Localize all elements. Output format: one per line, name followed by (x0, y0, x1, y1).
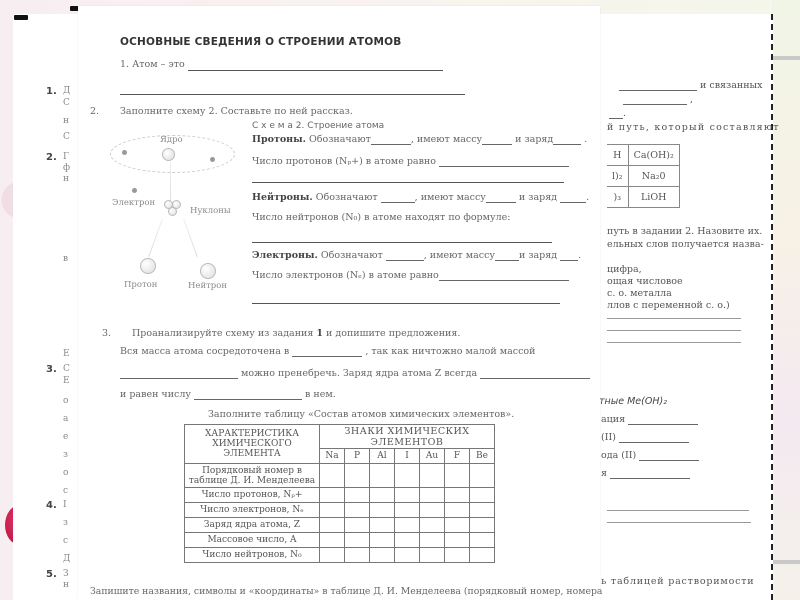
neutron-label: Нейтрон (188, 281, 227, 291)
table-row: Число электронов, Nₑ (185, 503, 495, 518)
table-row: Массовое число, A (185, 533, 495, 548)
task-3-line-3: и равен числу в нем. (120, 389, 336, 400)
back-task-number: 4. (46, 500, 57, 511)
element-symbol-header: I (395, 449, 420, 464)
element-symbol-header: Al (370, 449, 395, 464)
neutrons-charge-blank[interactable] (560, 202, 586, 203)
answer-cell[interactable] (320, 518, 345, 533)
answer-cell[interactable] (420, 548, 445, 563)
answer-cell[interactable] (420, 464, 445, 488)
electron-dot-icon (122, 150, 127, 155)
task-3-blank-2[interactable] (120, 378, 238, 379)
back-task-number: 3. (46, 364, 57, 375)
row-label: Порядковый номер в таблице Д. И. Менделе… (185, 464, 320, 488)
answer-cell[interactable] (395, 533, 420, 548)
answer-cell[interactable] (370, 503, 395, 518)
electrons-mass-blank[interactable] (495, 260, 519, 261)
task-3-number: 3. (102, 328, 111, 339)
row-label: Число протонов, Nₚ+ (185, 488, 320, 503)
answer-cell[interactable] (470, 503, 495, 518)
answer-cell[interactable] (470, 518, 495, 533)
answer-cell[interactable] (370, 548, 395, 563)
electrons-charge-blank[interactable] (560, 260, 578, 261)
atom-diagram: Ядро Электрон Нуклоны Протон Нейтрон (100, 120, 250, 300)
answer-cell[interactable] (345, 533, 370, 548)
task-3-intro: Проанализируйте схему из задания 1 и доп… (132, 328, 460, 339)
nucleons-label: Нуклоны (190, 206, 231, 216)
element-symbol-header: P (345, 449, 370, 464)
task-3-blank-1[interactable] (292, 356, 362, 357)
footer-instruction: Запишите названия, символы и «координаты… (90, 586, 602, 597)
electrons-symbol-blank[interactable] (386, 260, 424, 261)
answer-cell[interactable] (345, 488, 370, 503)
neutrons-formula-answer-line[interactable] (252, 242, 552, 243)
electrons-count-line: Число электронов (Nₑ) в атоме равно (252, 270, 569, 281)
task-3-line-1: Вся масса атома сосредоточена в , так ка… (120, 346, 535, 357)
answer-cell[interactable] (370, 464, 395, 488)
answer-cell[interactable] (370, 533, 395, 548)
corner-marker (14, 15, 28, 20)
task-1-answer-line-1[interactable] (188, 70, 443, 71)
electrons-line: Электроны. Обозначают , имеют массуи зар… (252, 250, 581, 261)
scheme-caption: С х е м а 2. Строение атома (252, 121, 384, 131)
row-label: Число нейтронов, N₀ (185, 548, 320, 563)
task-3-blank-4[interactable] (194, 399, 302, 400)
answer-cell[interactable] (445, 464, 470, 488)
answer-cell[interactable] (345, 464, 370, 488)
answer-cell[interactable] (320, 464, 345, 488)
answer-cell[interactable] (445, 518, 470, 533)
protons-symbol-blank[interactable] (371, 144, 411, 145)
row-label: Заряд ядра атома, Z (185, 518, 320, 533)
answer-cell[interactable] (345, 548, 370, 563)
back-page-right-strip: и связанных , . й путь, который составля… (595, 14, 771, 600)
row-label: Число электронов, Nₑ (185, 503, 320, 518)
answer-cell[interactable] (320, 533, 345, 548)
protons-answer-line[interactable] (252, 182, 564, 183)
task-1-answer-line-2[interactable] (120, 94, 465, 95)
element-symbol-header: Au (420, 449, 445, 464)
answer-cell[interactable] (420, 503, 445, 518)
table-row: Порядковый номер в таблице Д. И. Менделе… (185, 464, 495, 488)
back-task-number: 1. (46, 86, 57, 97)
answer-cell[interactable] (395, 518, 420, 533)
answer-cell[interactable] (320, 548, 345, 563)
electron-label: Электрон (112, 198, 155, 208)
answer-cell[interactable] (395, 503, 420, 518)
answer-cell[interactable] (395, 488, 420, 503)
electrons-answer-line[interactable] (252, 303, 560, 304)
task-1-label: 1. Атом – это (120, 59, 185, 70)
neutron-icon (200, 263, 216, 279)
nucleon-icon (168, 207, 177, 216)
nucleus-label: Ядро (160, 135, 183, 145)
electron-dot-icon (210, 157, 215, 162)
proton-icon (140, 258, 156, 274)
table-row-header: ХАРАКТЕРИСТИКА ХИМИЧЕСКОГО ЭЛЕМЕНТА (185, 425, 320, 464)
answer-cell[interactable] (445, 533, 470, 548)
answer-cell[interactable] (420, 533, 445, 548)
table-row: Заряд ядра атома, Z (185, 518, 495, 533)
protons-count-blank[interactable] (439, 166, 569, 167)
protons-mass-blank[interactable] (482, 144, 512, 145)
back-task-number: 2. (46, 152, 57, 163)
back-mini-table: HCa(OH)₂ l)₂Na₂0 )₃LiOH (607, 144, 680, 208)
table-row: Число нейтронов, N₀ (185, 548, 495, 563)
row-label: Массовое число, A (185, 533, 320, 548)
task-2-text: Заполните схему 2. Составьте по ней расс… (120, 106, 353, 117)
neutrons-formula-line: Число нейтронов (N₀) в атоме находят по … (252, 212, 510, 223)
page-title: ОСНОВНЫЕ СВЕДЕНИЯ О СТРОЕНИИ АТОМОВ (120, 36, 401, 48)
answer-cell[interactable] (420, 518, 445, 533)
table-caption: Заполните таблицу «Состав атомов химичес… (208, 409, 514, 420)
neutrons-symbol-blank[interactable] (381, 202, 415, 203)
answer-cell[interactable] (320, 488, 345, 503)
answer-cell[interactable] (395, 548, 420, 563)
worksheet-page: ОСНОВНЫЕ СВЕДЕНИЯ О СТРОЕНИИ АТОМОВ 1. А… (78, 6, 600, 600)
element-symbol-header: Be (470, 449, 495, 464)
neutrons-line: Нейтроны. Обозначают , имеют массу и зар… (252, 192, 589, 203)
protons-charge-blank[interactable] (553, 144, 581, 145)
electron-dot-icon (132, 188, 137, 193)
protons-count-line: Число протонов (Nₚ+) в атоме равно (252, 156, 569, 167)
element-symbol-header: F (445, 449, 470, 464)
answer-cell[interactable] (370, 518, 395, 533)
proton-label: Протон (124, 280, 157, 290)
table-group-header: ЗНАКИ ХИМИЧЕСКИХ ЭЛЕМЕНТОВ (320, 425, 495, 449)
answer-cell[interactable] (470, 533, 495, 548)
back-task-number: 5. (46, 569, 57, 580)
answer-cell[interactable] (395, 464, 420, 488)
answer-cell[interactable] (420, 488, 445, 503)
back-text-line: й путь, который составляют (607, 122, 780, 133)
answer-cell[interactable] (345, 503, 370, 518)
answer-cell[interactable] (345, 518, 370, 533)
answer-cell[interactable] (470, 548, 495, 563)
answer-cell[interactable] (470, 464, 495, 488)
task-3-line-2: можно пренебречь. Заряд ядра атома Z все… (120, 368, 590, 379)
task-3-blank-3[interactable] (480, 378, 590, 379)
answer-cell[interactable] (470, 488, 495, 503)
answer-cell[interactable] (370, 488, 395, 503)
element-composition-table: ХАРАКТЕРИСТИКА ХИМИЧЕСКОГО ЭЛЕМЕНТА ЗНАК… (184, 424, 495, 563)
electrons-count-blank[interactable] (439, 280, 569, 281)
back-text-line: и связанных (700, 80, 762, 91)
task-2-number: 2. (90, 106, 99, 117)
element-symbol-header: Na (320, 449, 345, 464)
table-row: Число протонов, Nₚ+ (185, 488, 495, 503)
answer-cell[interactable] (320, 503, 345, 518)
neutrons-mass-blank[interactable] (486, 202, 516, 203)
protons-line: Протоны. Обозначают, имеют массу и заряд… (252, 134, 587, 145)
decorative-side-panel (772, 0, 800, 600)
nucleus-icon (162, 148, 175, 161)
answer-cell[interactable] (445, 548, 470, 563)
answer-cell[interactable] (445, 488, 470, 503)
answer-cell[interactable] (445, 503, 470, 518)
